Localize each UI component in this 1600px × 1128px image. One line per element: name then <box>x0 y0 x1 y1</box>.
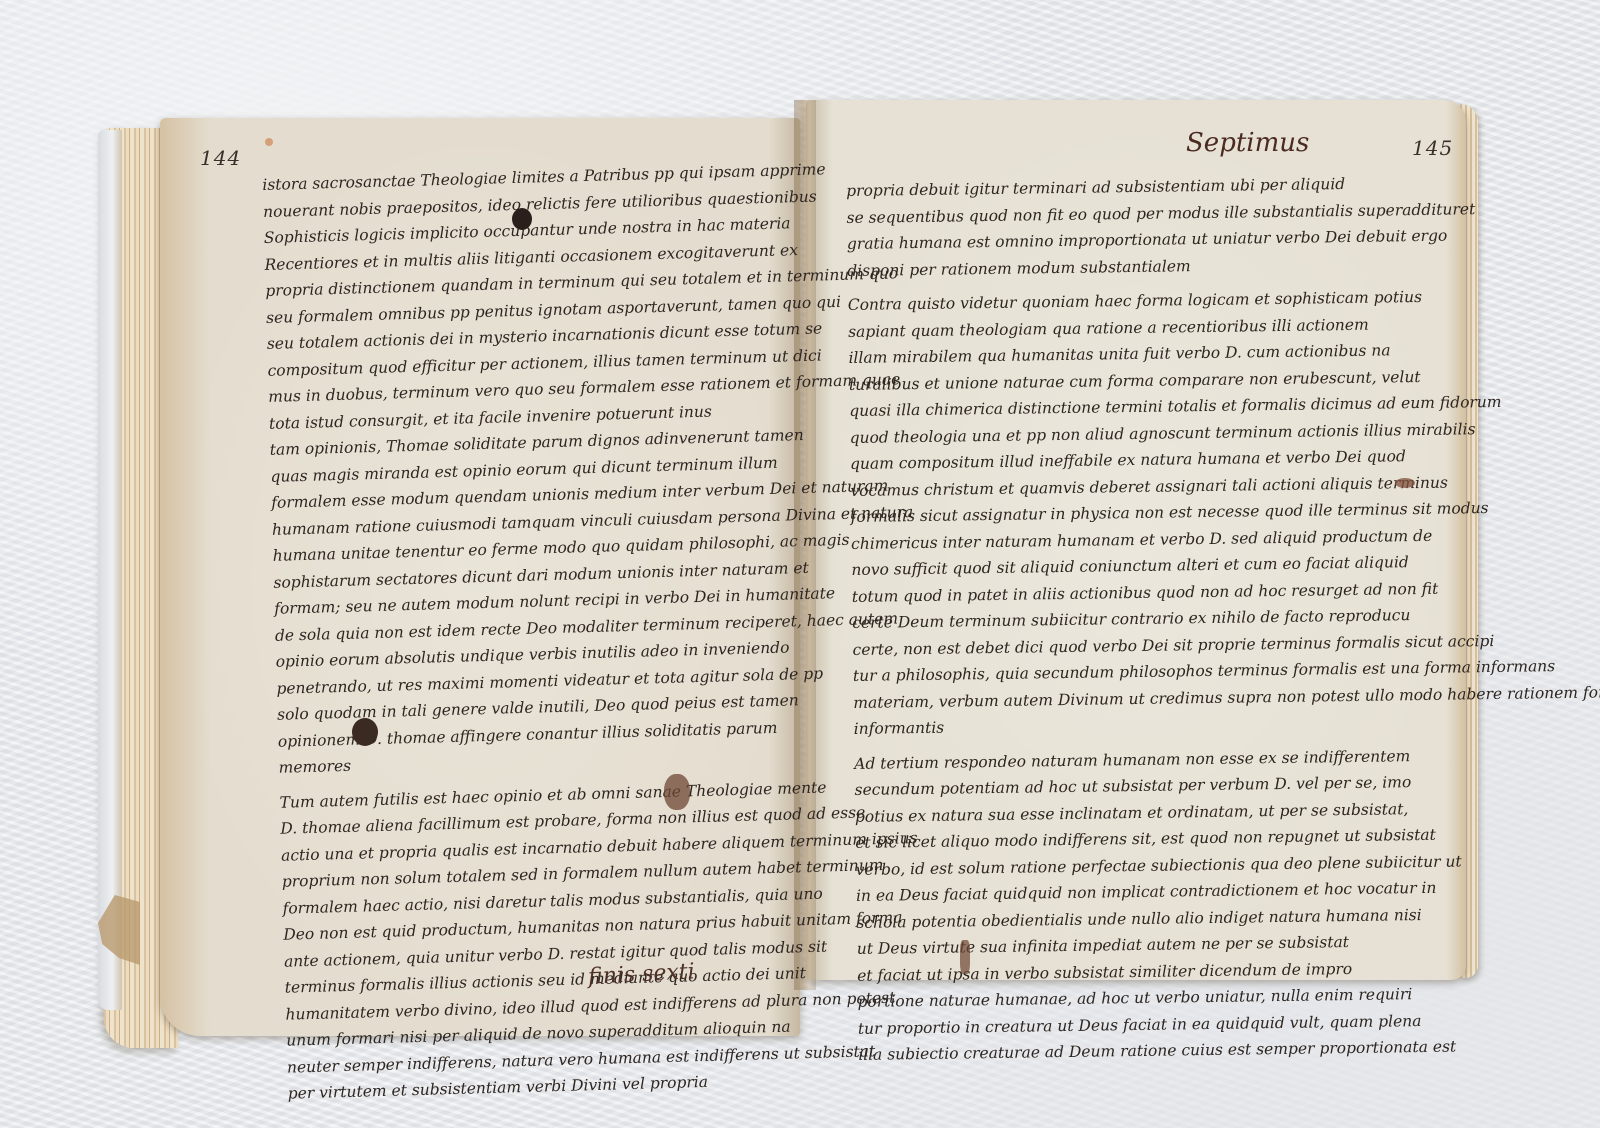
folio-number-left: 144 <box>200 146 241 170</box>
ink-blot <box>512 208 532 230</box>
open-manuscript: 144 145 Septimus istora sacrosanctae The… <box>0 0 1600 1128</box>
ink-blot <box>664 774 690 810</box>
cover-edge <box>98 130 122 1010</box>
ink-blot <box>352 718 378 746</box>
folio-number-right: 145 <box>1412 136 1453 160</box>
left-page-text: istora sacrosanctae Theologiae limites a… <box>262 157 828 1107</box>
right-page-text: propria debuit igitur terminari ad subsi… <box>846 170 1448 1069</box>
ink-blot <box>960 940 970 974</box>
foxing-stain <box>265 138 273 146</box>
ink-blot <box>1395 478 1415 488</box>
page-heading: Septimus <box>1186 128 1309 158</box>
